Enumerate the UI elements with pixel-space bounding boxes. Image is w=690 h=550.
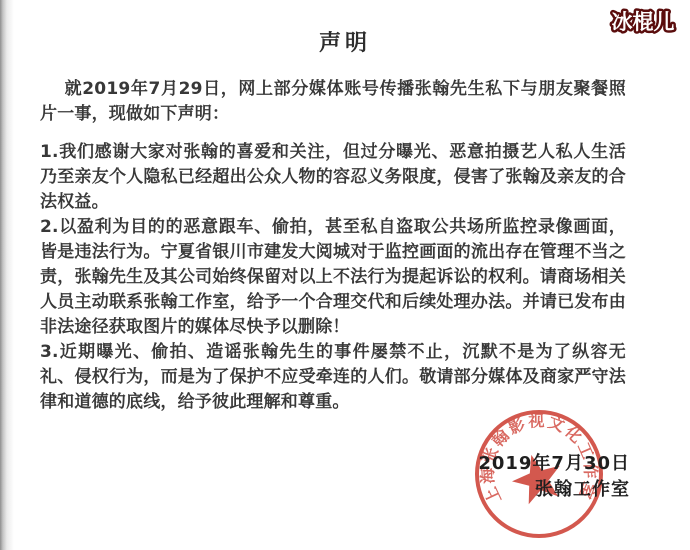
watermark-text: 冰棍儿 bbox=[612, 10, 675, 34]
statement-body: 就2019年7月29日，网上部分媒体账号传播张翰先生私下与朋友聚餐照片一事，现做… bbox=[40, 77, 626, 415]
signature-studio: 张翰工作室 bbox=[478, 477, 630, 503]
watermark-badge: 冰棍儿 bbox=[600, 4, 686, 42]
statement-item-1: 1.我们感谢大家对张翰的喜爱和关注，但过分曝光、恶意拍摄艺人私人生活乃至亲友个人… bbox=[40, 140, 626, 215]
statement-title: 声明 bbox=[0, 0, 690, 57]
statement-intro: 就2019年7月29日，网上部分媒体账号传播张翰先生私下与朋友聚餐照片一事，现做… bbox=[40, 77, 626, 127]
page-left-edge-shadow bbox=[0, 0, 14, 550]
statement-item-2: 2.以盈利为目的的恶意跟车、偷拍，甚至私自盗取公共场所监控录像画面，皆是违法行为… bbox=[40, 215, 626, 340]
signature-date: 2019年7月30日 bbox=[478, 451, 630, 477]
watermark-svg: 冰棍儿 bbox=[600, 4, 686, 38]
signature-block: 2019年7月30日 张翰工作室 bbox=[478, 451, 630, 503]
statement-document: 冰棍儿 声明 就2019年7月29日，网上部分媒体账号传播张翰先生私下与朋友聚餐… bbox=[0, 0, 690, 550]
